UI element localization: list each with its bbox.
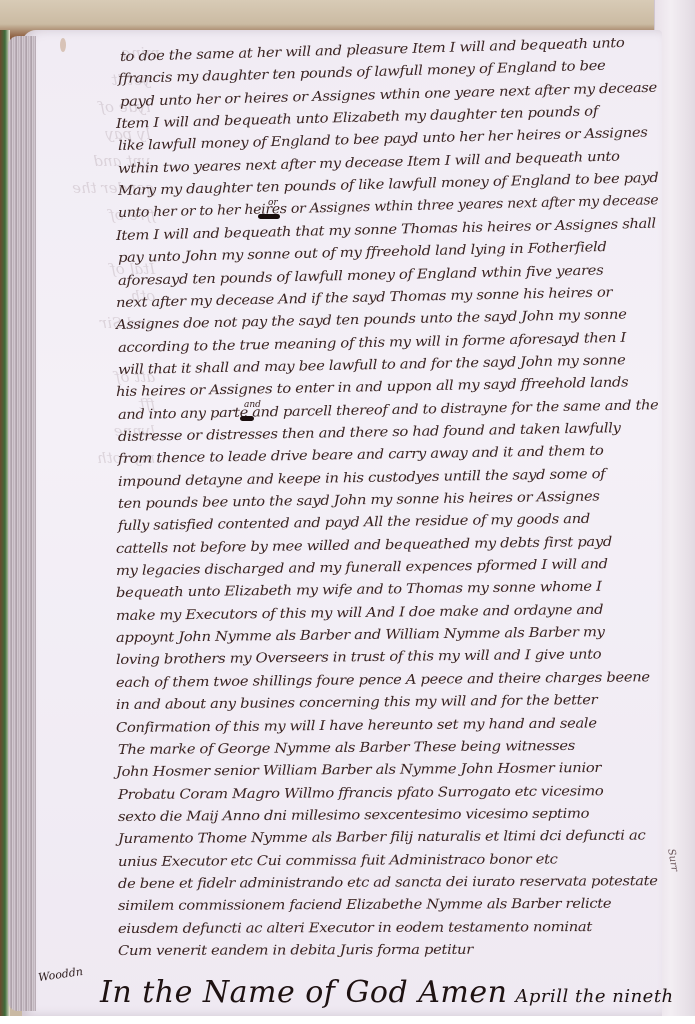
interlinear-insertion: or — [268, 198, 278, 208]
text-line: unius Executor etc Cui commissa fuit Adm… — [118, 852, 558, 870]
text-line: Cum venerit eandem in debita Juris forma… — [118, 943, 473, 959]
text-line: similem commissionem faciend Elizabethe … — [118, 897, 611, 914]
text-line: eiusdem defuncti ac alteri Executor in e… — [118, 920, 592, 937]
struck-through-word — [240, 416, 254, 421]
struck-through-word — [258, 214, 280, 219]
invocation-heading: In the Name of God AmenAprill the nineth — [100, 975, 674, 1010]
invocation-date: Aprill the nineth — [515, 986, 673, 1007]
bottom-border — [0, 1016, 695, 1024]
text-line: de bene et fidelr administrando etc ad s… — [118, 874, 658, 892]
page-stack-edges — [8, 36, 36, 1011]
interlinear-insertion: and — [244, 400, 261, 410]
invocation-text: In the Name of God Amen — [100, 975, 507, 1010]
manuscript-photo: ming yet lt lyde of ly pay ynt and gende… — [0, 0, 695, 1016]
ink-stain — [60, 38, 66, 52]
